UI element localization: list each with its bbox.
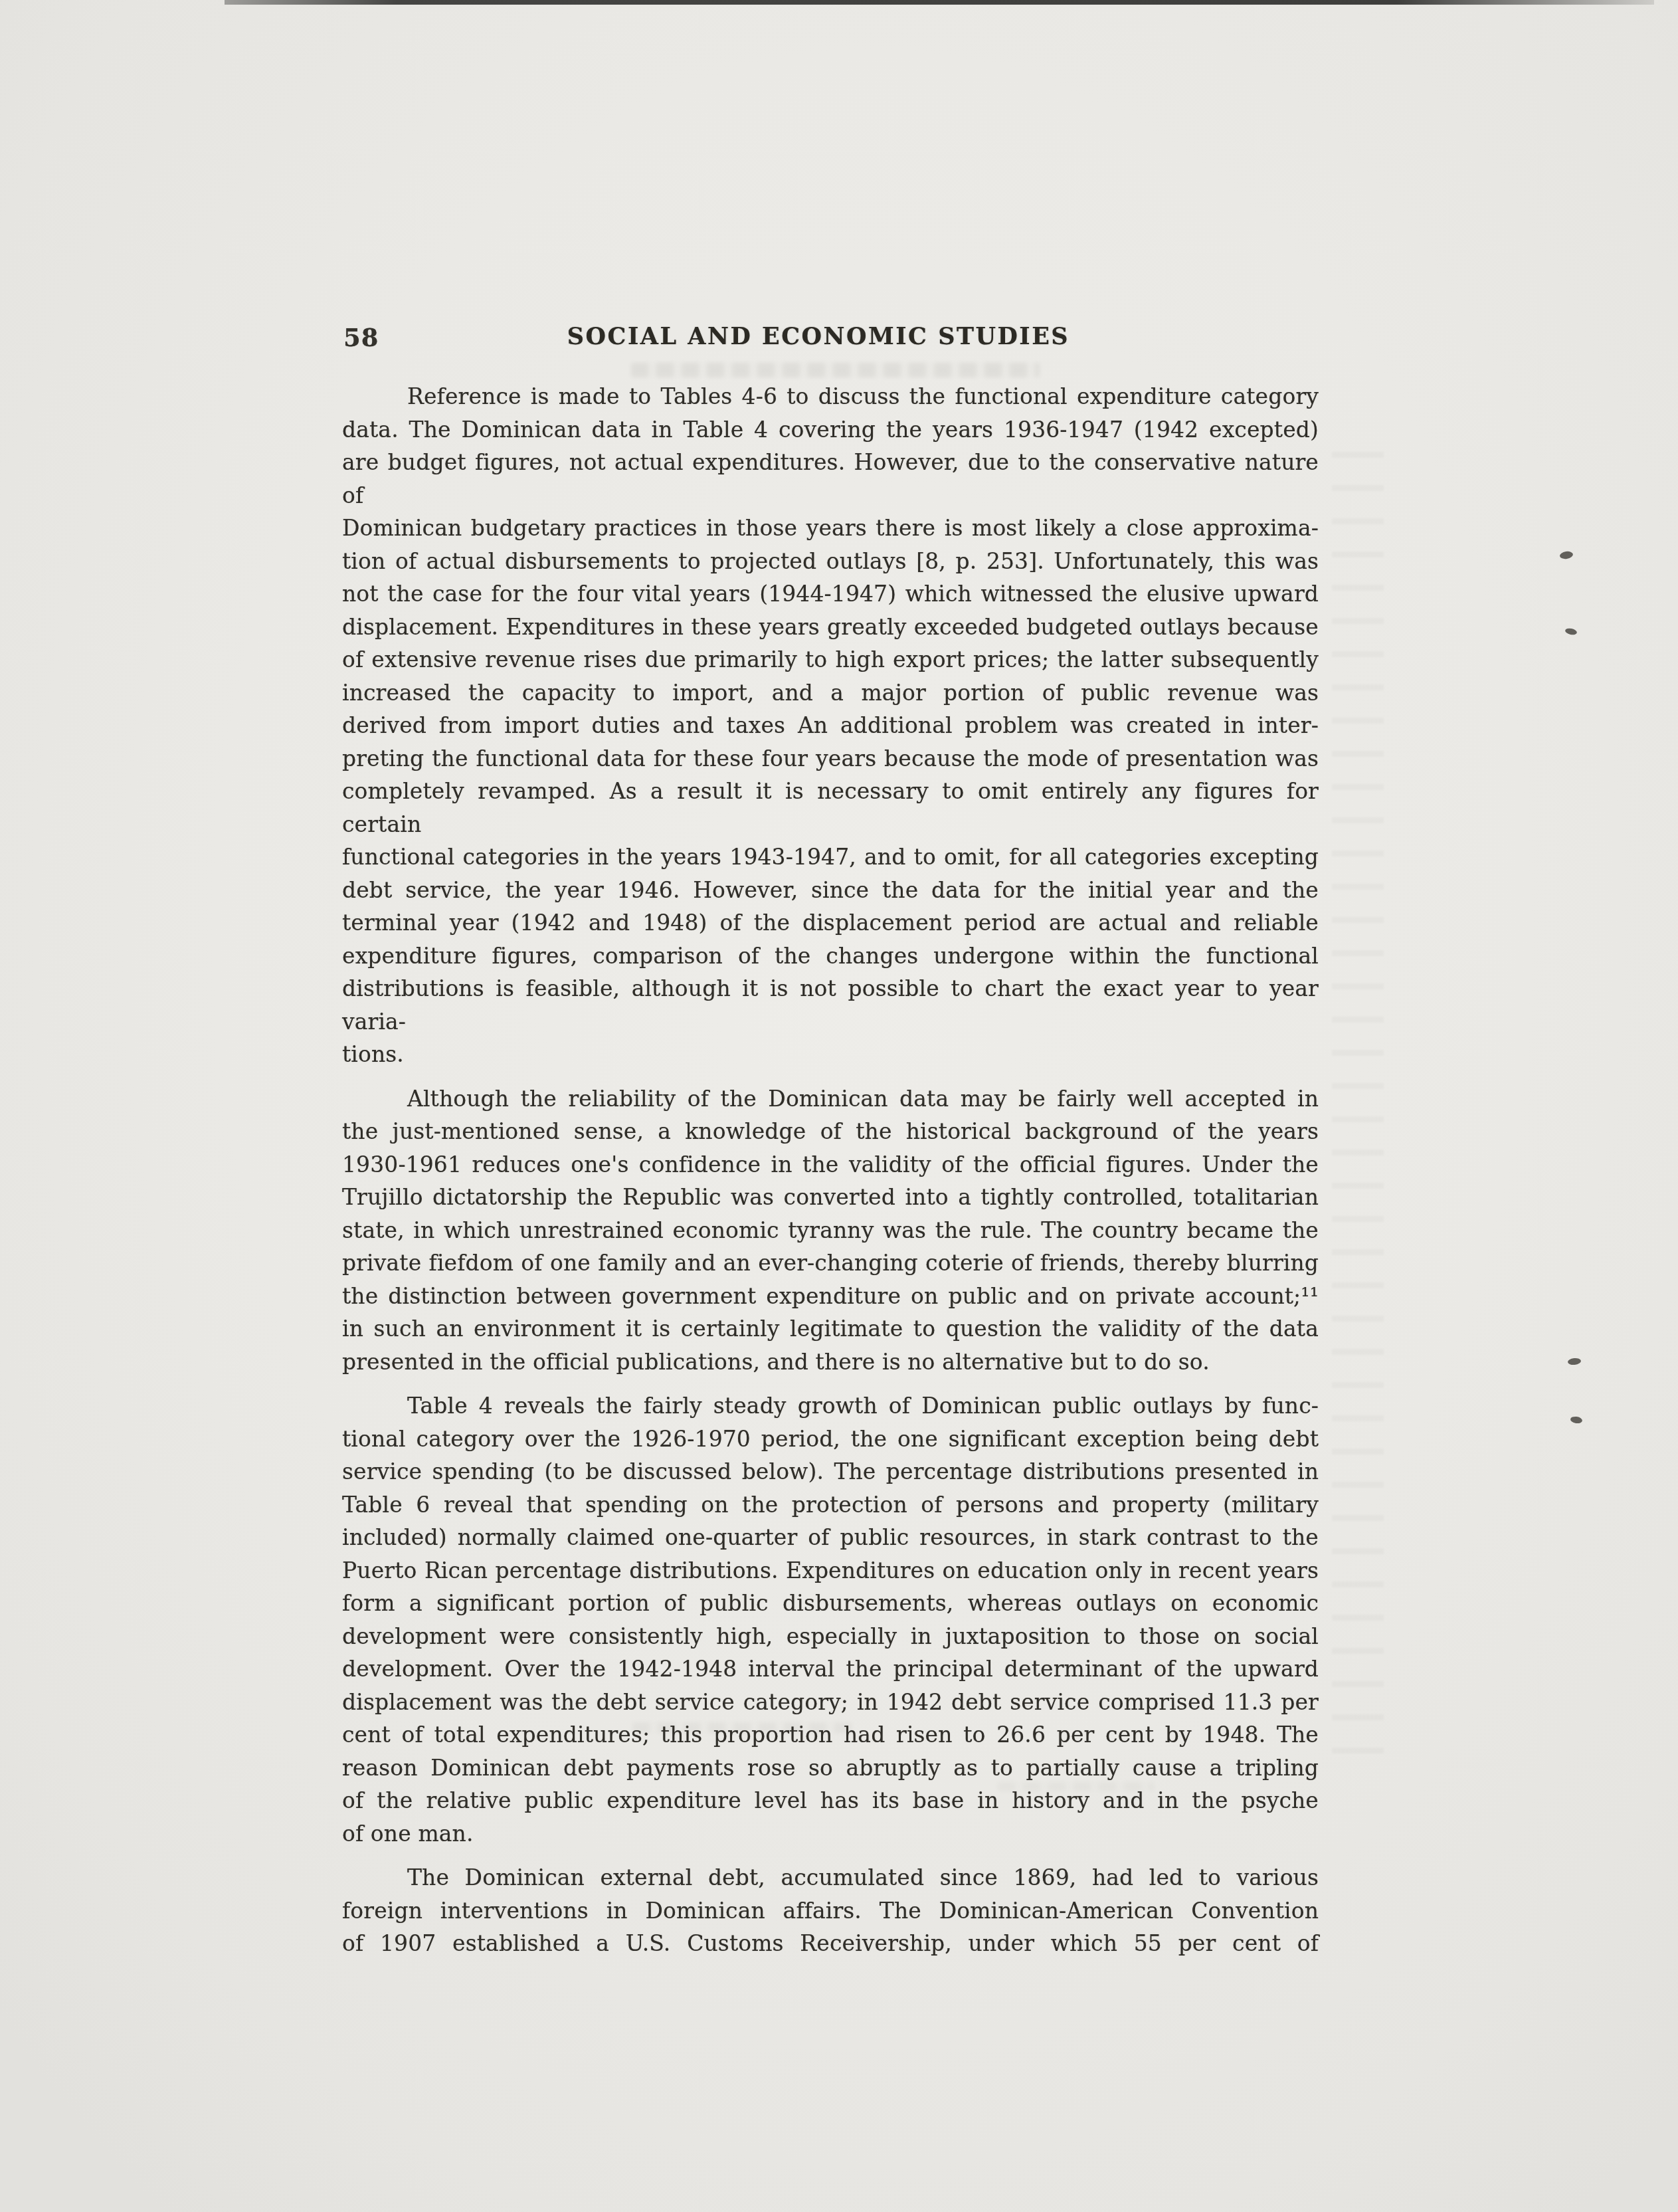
text-line: Puerto Rican percentage distributions. E… — [342, 1554, 1319, 1587]
text-line: are budget figures, not actual expenditu… — [342, 446, 1319, 512]
text-line: debt service, the year 1946. However, si… — [342, 874, 1319, 907]
paragraph: Table 4 reveals the fairly steady growth… — [342, 1389, 1319, 1850]
bleed-through-ghost — [631, 363, 1040, 377]
text-line: state, in which unrestrained economic ty… — [342, 1214, 1319, 1247]
text-line: of 1907 established a U.S. Customs Recei… — [342, 1927, 1319, 1960]
ink-speck-artifact — [1559, 551, 1573, 560]
text-line: completely revamped. As a result it is n… — [342, 775, 1319, 841]
text-line: The Dominican external debt, accumulated… — [342, 1861, 1319, 1894]
text-line: of the relative public expenditure level… — [342, 1784, 1319, 1817]
text-line: development. Over the 1942-1948 interval… — [342, 1653, 1319, 1686]
text-line: included) normally claimed one-quarter o… — [342, 1521, 1319, 1554]
page-header: 58 SOCIAL AND ECONOMIC STUDIES — [342, 323, 1319, 360]
text-line: reason Dominican debt payments rose so a… — [342, 1752, 1319, 1785]
bleed-through-ghost — [998, 1782, 1154, 1791]
text-line: foreign interventions in Dominican affai… — [342, 1894, 1319, 1928]
ink-speck-artifact — [1570, 1416, 1582, 1424]
text-line: Table 4 reveals the fairly steady growth… — [342, 1389, 1319, 1423]
text-line: private fiefdom of one family and an eve… — [342, 1247, 1319, 1280]
text-line: displacement was the debt service catego… — [342, 1686, 1319, 1719]
running-title: SOCIAL AND ECONOMIC STUDIES — [330, 323, 1307, 350]
text-line: service spending (to be discussed below)… — [342, 1455, 1319, 1488]
text-line: expenditure figures, comparison of the c… — [342, 940, 1319, 973]
text-line: terminal year (1942 and 1948) of the dis… — [342, 906, 1319, 940]
text-line: Table 6 reveal that spending on the prot… — [342, 1488, 1319, 1522]
text-line: distributions is feasible, although it i… — [342, 972, 1319, 1038]
text-line: presented in the official publications, … — [342, 1346, 1319, 1379]
paragraph: Reference is made to Tables 4-6 to discu… — [342, 380, 1319, 1071]
text-line: tional category over the 1926-1970 perio… — [342, 1423, 1319, 1456]
ink-speck-artifact — [1568, 1357, 1582, 1365]
text-line: the distinction between government expen… — [342, 1280, 1319, 1313]
scan-edge-artifact — [225, 0, 1654, 5]
text-line: displacement. Expenditures in these year… — [342, 611, 1319, 644]
paragraph: Although the reliability of the Dominica… — [342, 1082, 1319, 1379]
text-line: tion of actual disbursements to projecte… — [342, 545, 1319, 578]
text-line: preting the functional data for these fo… — [342, 742, 1319, 775]
ink-speck-artifact — [1564, 627, 1577, 636]
text-line: form a significant portion of public dis… — [342, 1587, 1319, 1620]
paragraph: The Dominican external debt, accumulated… — [342, 1861, 1319, 1960]
text-line: increased the capacity to import, and a … — [342, 676, 1319, 710]
text-line: in such an environment it is certainly l… — [342, 1312, 1319, 1346]
bleed-through-column — [1332, 452, 1384, 1767]
text-line: data. The Dominican data in Table 4 cove… — [342, 413, 1319, 447]
text-line: Trujillo dictatorship the Republic was c… — [342, 1181, 1319, 1214]
text-line: functional categories in the years 1943-… — [342, 841, 1319, 874]
text-line: tions. — [342, 1038, 1319, 1071]
text-line: of extensive revenue rises due primarily… — [342, 643, 1319, 676]
text-line: 1930-1961 reduces one's confidence in th… — [342, 1148, 1319, 1181]
text-line: the just-mentioned sense, a knowledge of… — [342, 1115, 1319, 1148]
scanned-journal-page: 58 SOCIAL AND ECONOMIC STUDIES Reference… — [0, 0, 1678, 2212]
text-line: development were consistently high, espe… — [342, 1620, 1319, 1653]
text-line: derived from import duties and taxes An … — [342, 709, 1319, 742]
text-line: Reference is made to Tables 4-6 to discu… — [342, 380, 1319, 413]
text-line: Although the reliability of the Dominica… — [342, 1082, 1319, 1116]
text-line: of one man. — [342, 1817, 1319, 1851]
text-line: Dominican budgetary practices in those y… — [342, 512, 1319, 545]
text-line: not the case for the four vital years (1… — [342, 577, 1319, 611]
bleed-through-ghost — [632, 1722, 852, 1733]
